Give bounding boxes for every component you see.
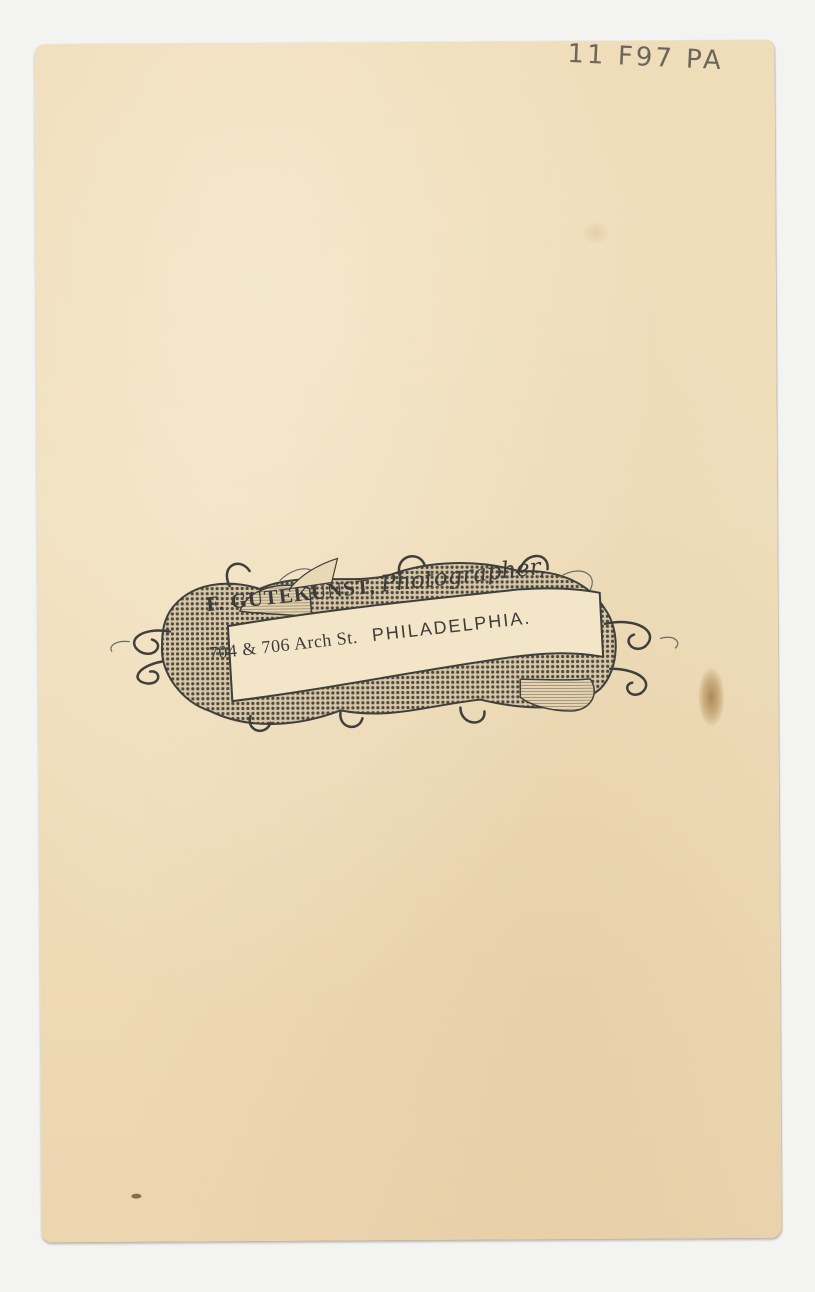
photographer-imprint: F. GUTEKUNST, Photographer, 704 & 706 Ar…	[99, 528, 680, 742]
brown-stain	[698, 668, 724, 726]
handwritten-catalog-note: 11 F97 PA	[567, 39, 725, 76]
card-back: 11 F97 PA	[34, 40, 781, 1242]
dark-spot	[131, 1194, 141, 1199]
faint-stain	[580, 221, 610, 245]
